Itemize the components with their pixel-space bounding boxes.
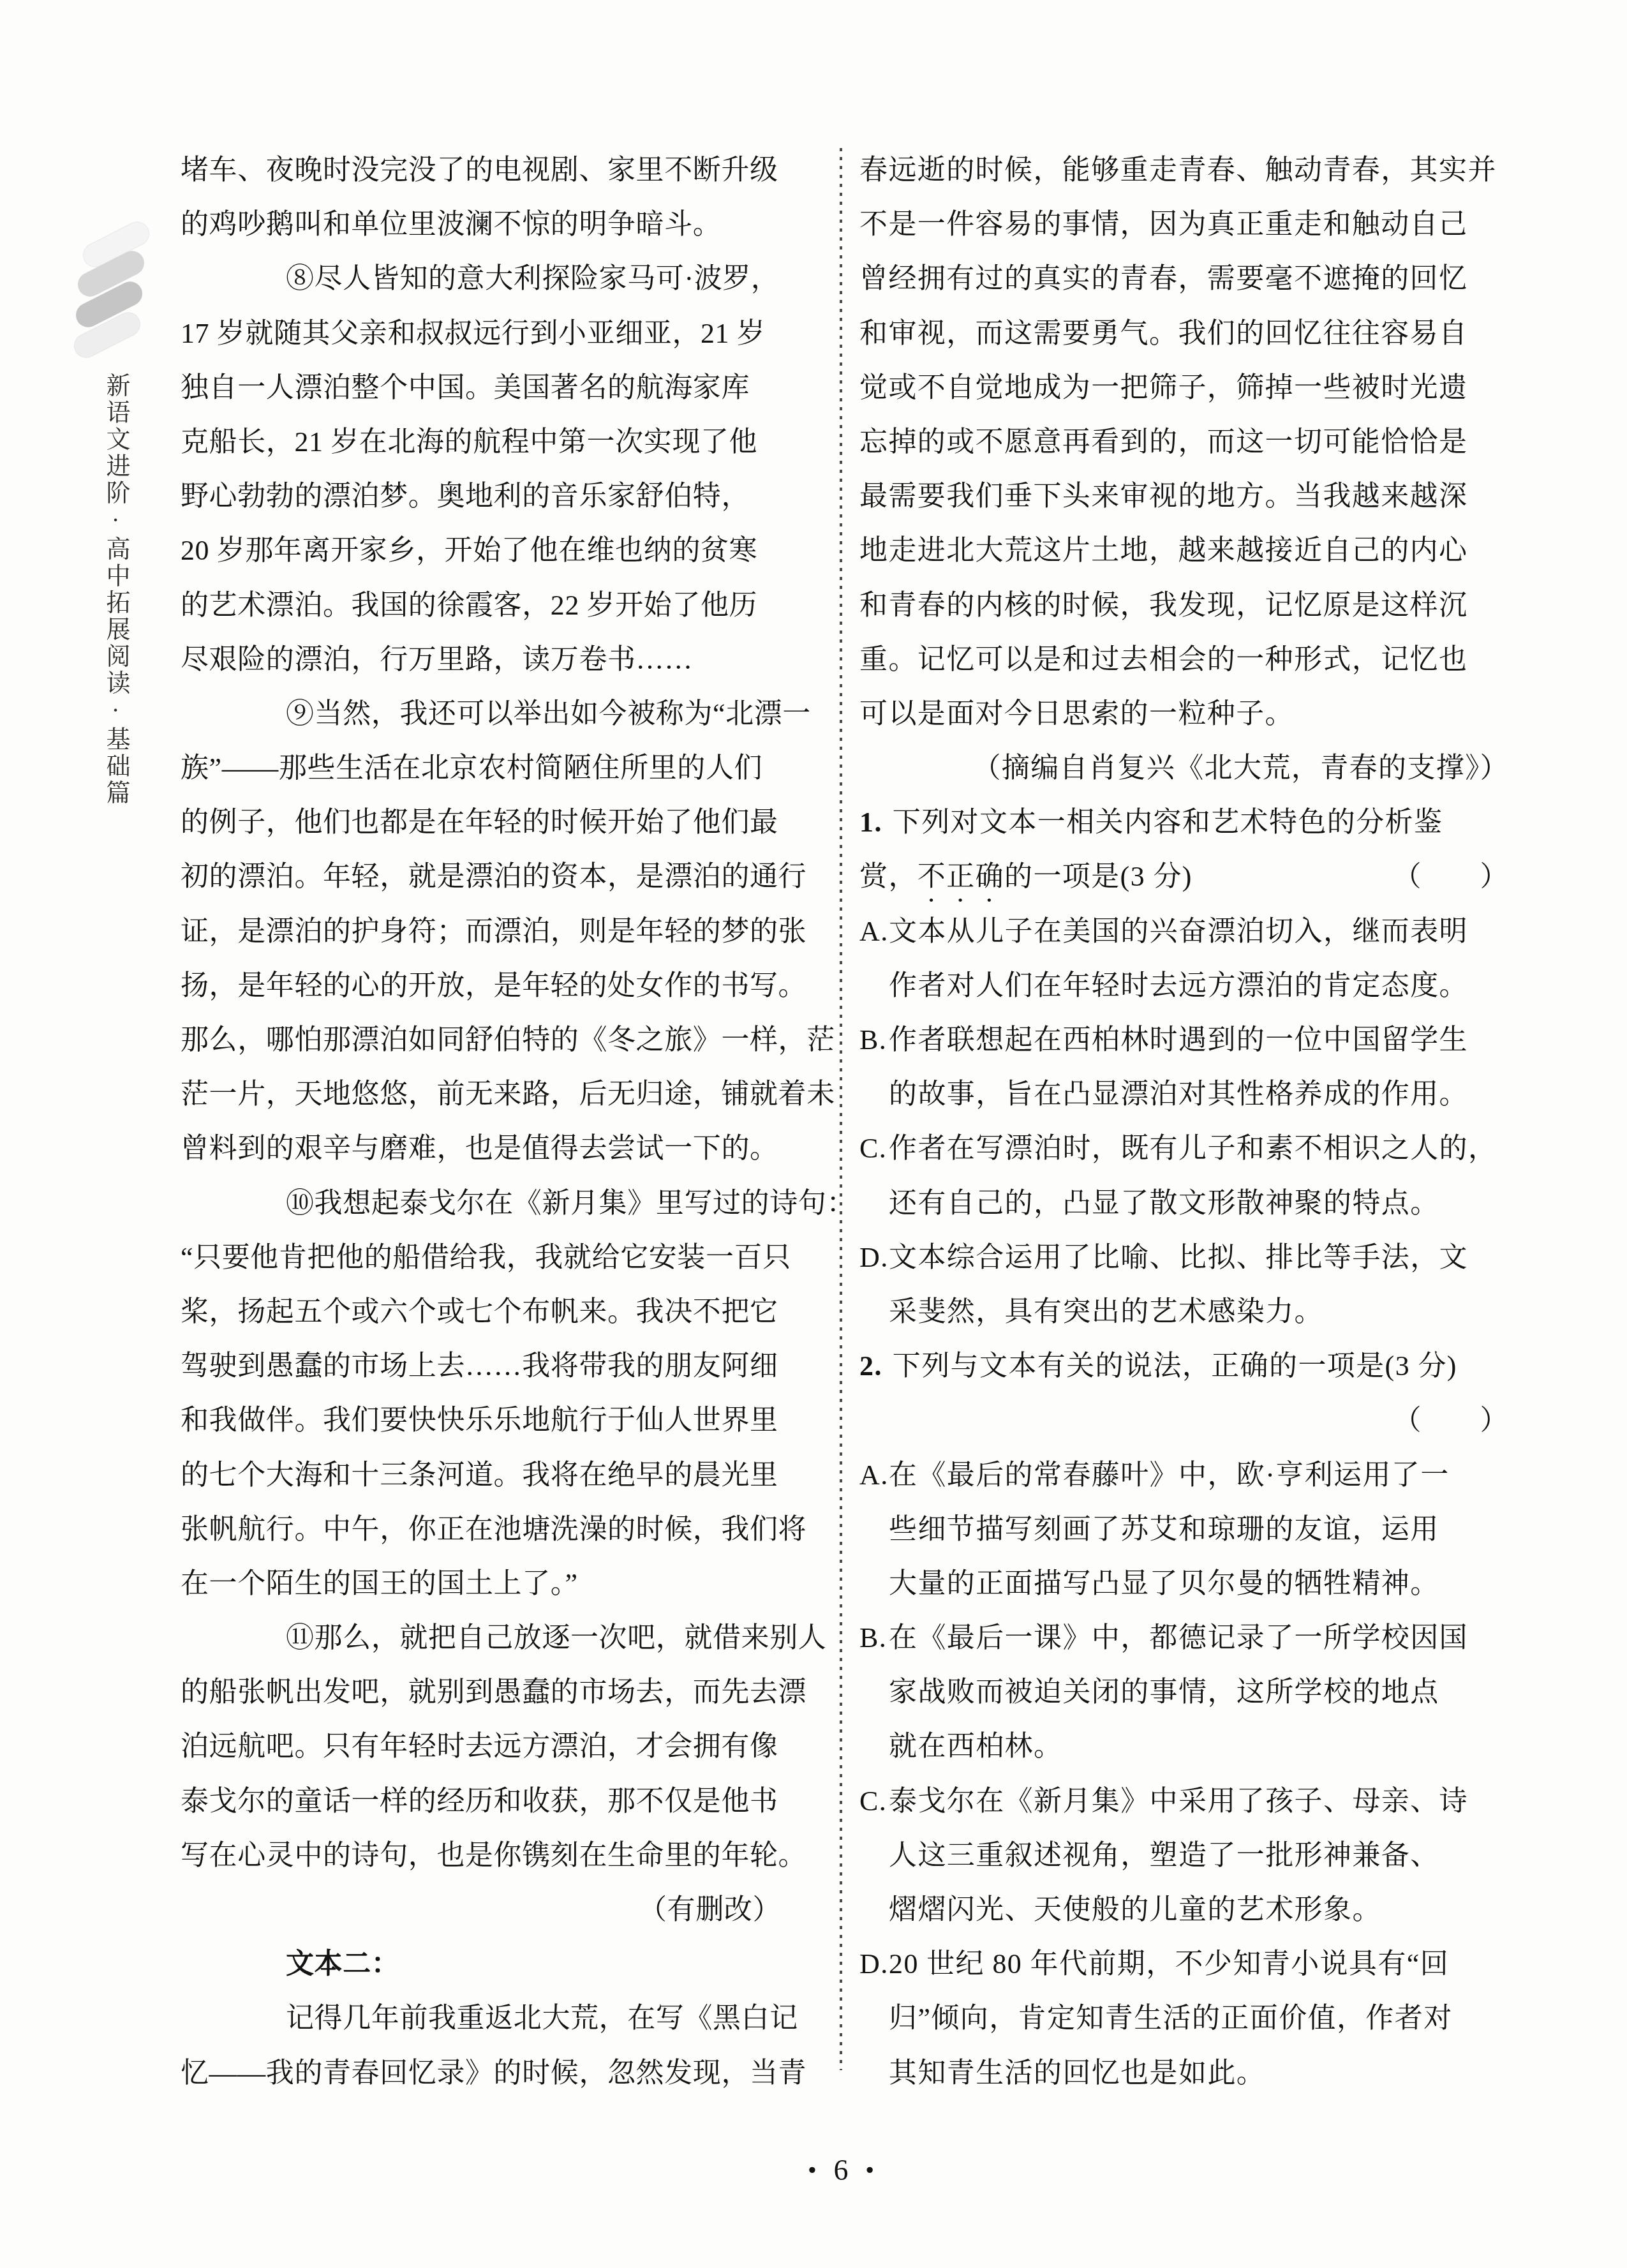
text-line: 和审视，而这需要勇气。我们的回忆往往容易自	[859, 306, 1509, 361]
line-text: 作者在写漂泊时，既有儿子和素不相识之人的，	[889, 1133, 1497, 1164]
option-letter: A.	[859, 904, 889, 959]
option-letter: A.	[859, 1448, 889, 1502]
line-text: 在《最后的常春藤叶》中，欧·亨利运用了一	[889, 1459, 1450, 1491]
line-text: （ ）	[1393, 1405, 1509, 1436]
line-text: 觉或不自觉地成为一把筛子，筛掉一些被时光遗	[859, 372, 1467, 403]
text-line: 家战败而被迫关闭的事情，这所学校的地点	[859, 1665, 1509, 1719]
line-text: 采斐然，具有突出的艺术感染力。	[889, 1296, 1323, 1327]
line-text: ⑧尽人皆知的意大利探险家马可·波罗，	[286, 263, 779, 294]
line-text: 最需要我们垂下头来审视的地方。当我越来越深	[859, 481, 1467, 512]
text-line: 还有自己的，凸显了散文形散神聚的特点。	[859, 1176, 1509, 1230]
line-text: 熠熠闪光、天使般的儿童的艺术形象。	[889, 1894, 1381, 1925]
left-column: 堵车、夜晚时没完没了的电视剧、家里不断升级的鸡吵鹅叫和单位里波澜不惊的明争暗斗。…	[181, 143, 781, 2100]
text-line: 采斐然，具有突出的艺术感染力。	[859, 1285, 1509, 1339]
text-line: A.文本从儿子在美国的兴奋漂泊切入，继而表明	[859, 904, 1509, 959]
line-text: 茫一片，天地悠悠，前无来路，后无归途，铺就着未	[181, 1078, 835, 1110]
line-text: 和青春的内核的时候，我发现，记忆原是这样沉	[859, 590, 1467, 621]
option-letter: C.	[859, 1774, 889, 1828]
line-text: 春远逝的时候，能够重走青春、触动青春，其实并	[859, 154, 1497, 186]
line-text: 20 世纪 80 年代前期，不少知青小说具有“回	[889, 1948, 1449, 1980]
text-line: 写在心灵中的诗句，也是你镌刻在生命里的年轮。	[181, 1828, 781, 1883]
text-line: “只要他肯把他的船借给我，我就给它安装一百只	[181, 1230, 781, 1285]
line-text: 就在西柏林。	[889, 1731, 1062, 1762]
line-text: 文本从儿子在美国的兴奋漂泊切入，继而表明	[889, 916, 1468, 947]
line-text: 忆——我的青春回忆录》的时候，忽然发现，当青	[181, 2057, 806, 2089]
line-text: 在《最后一课》中，都德记录了一所学校因国	[889, 1622, 1468, 1653]
line-text: 驾驶到愚蠢的市场上去……我将带我的朋友阿细	[181, 1350, 778, 1382]
line-text: 尽艰险的漂泊，行万里路，读万卷书……	[181, 644, 693, 675]
line-text: 的船张帆出发吧，就别到愚蠢的市场去，而先去漂	[181, 1676, 806, 1708]
text-line: 大量的正面描写凸显了贝尔曼的牺牲精神。	[859, 1556, 1509, 1611]
line-text: 可以是面对今日思索的一粒种子。	[859, 698, 1294, 729]
line-text: 和审视，而这需要勇气。我们的回忆往往容易自	[859, 318, 1467, 349]
text-line: 曾经拥有过的真实的青春，需要毫不遮掩的回忆	[859, 251, 1509, 306]
line-text: 克船长，21 岁在北海的航程中第一次实现了他	[181, 426, 757, 458]
line-text: （有删改）	[639, 1894, 781, 1925]
text-line: 20 岁那年离开家乡，开始了他在维也纳的贫寒	[181, 523, 781, 578]
text-line: 忘掉的或不愿意再看到的，而这一切可能恰恰是	[859, 415, 1509, 469]
text-line: D.文本综合运用了比喻、比拟、排比等手法，文	[859, 1230, 1509, 1285]
text-line: 熠熠闪光、天使般的儿童的艺术形象。	[859, 1883, 1509, 1937]
text-line: 作者对人们在年轻时去远方漂泊的肯定态度。	[859, 959, 1509, 1013]
text-line: 泊远航吧。只有年轻时去远方漂泊，才会拥有像	[181, 1719, 781, 1773]
text-line: 桨，扬起五个或六个或七个布帆来。我决不把它	[181, 1285, 781, 1339]
emphasized-text: 不正确	[918, 849, 1004, 904]
line-text: 泰戈尔在《新月集》中采用了孩子、母亲、诗	[889, 1786, 1468, 1817]
text-line: 的例子，他们也都是在年轻的时候开始了他们最	[181, 795, 781, 849]
text-line: 驾驶到愚蠢的市场上去……我将带我的朋友阿细	[181, 1339, 781, 1393]
text-line: 归”倾向，肯定知青生活的正面价值，作者对	[859, 1991, 1509, 2045]
text-line: 和青春的内核的时候，我发现，记忆原是这样沉	[859, 578, 1509, 632]
text-line: 在一个陌生的国王的国土上了。”	[181, 1556, 781, 1611]
text-line: 泰戈尔的童话一样的经历和收获，那不仅是他书	[181, 1774, 781, 1828]
line-text: 族”——那些生活在北京农村简陋住所里的人们	[181, 752, 762, 784]
line-text: 大量的正面描写凸显了贝尔曼的牺牲精神。	[889, 1568, 1439, 1599]
text-line: ⑧尽人皆知的意大利探险家马可·波罗，	[181, 251, 781, 306]
text-line: 族”——那些生活在北京农村简陋住所里的人们	[181, 741, 781, 795]
line-text: 文本二：	[286, 1948, 399, 1980]
line-text: 地走进北大荒这片土地，越来越接近自己的内心	[859, 535, 1467, 566]
line-text: （摘编自肖复兴《北大荒，青春的支撑》）	[972, 752, 1509, 784]
text-line: 堵车、夜晚时没完没了的电视剧、家里不断升级	[181, 143, 781, 197]
line-text: 忘掉的或不愿意再看到的，而这一切可能恰恰是	[859, 426, 1467, 458]
text-line: ⑩我想起泰戈尔在《新月集》里写过的诗句：	[181, 1176, 781, 1230]
line-text: 独自一人漂泊整个中国。美国著名的航海家库	[181, 372, 750, 403]
line-text: 写在心灵中的诗句，也是你镌刻在生命里的年轮。	[181, 1840, 806, 1871]
text-line: 17 岁就随其父亲和叔叔远行到小亚细亚，21 岁	[181, 306, 781, 361]
line-text: 曾料到的艰辛与磨难，也是值得去尝试一下的。	[181, 1133, 778, 1164]
line-text: 泊远航吧。只有年轻时去远方漂泊，才会拥有像	[181, 1731, 778, 1762]
line-text: 的例子，他们也都是在年轻的时候开始了他们最	[181, 807, 778, 838]
line-text: 20 岁那年离开家乡，开始了他在维也纳的贫寒	[181, 535, 757, 566]
text-line: 的鸡吵鹅叫和单位里波澜不惊的明争暗斗。	[181, 197, 781, 251]
text-line: 的故事，旨在凸显漂泊对其性格养成的作用。	[859, 1067, 1509, 1121]
line-text: 的鸡吵鹅叫和单位里波澜不惊的明争暗斗。	[181, 209, 721, 240]
line-text: 堵车、夜晚时没完没了的电视剧、家里不断升级	[181, 154, 778, 186]
page-number-dot: ·	[806, 2144, 818, 2195]
text-line: 些细节描写刻画了苏艾和琼珊的友谊，运用	[859, 1502, 1509, 1556]
line-text: 野心勃勃的漂泊梦。奥地利的音乐家舒伯特，	[181, 481, 750, 512]
line-text: 和我做伴。我们要快快乐乐地航行于仙人世界里	[181, 1405, 778, 1436]
text-line: 的船张帆出发吧，就别到愚蠢的市场去，而先去漂	[181, 1665, 781, 1719]
text-line: 那么，哪怕那漂泊如同舒伯特的《冬之旅》一样，茫	[181, 1013, 781, 1067]
text-line: 可以是面对今日思索的一粒种子。	[859, 687, 1509, 741]
text-line: 记得几年前我重返北大荒，在写《黑白记	[181, 1991, 781, 2045]
line-text: 下列与文本有关的说法，正确的一项是(3 分)	[893, 1350, 1457, 1382]
line-text: 张帆航行。中午，你正在池塘洗澡的时候，我们将	[181, 1514, 806, 1545]
text-line: 野心勃勃的漂泊梦。奥地利的音乐家舒伯特，	[181, 469, 781, 523]
question-number: 1.	[859, 807, 893, 838]
text-line: 不是一件容易的事情，因为真正重走和触动自己	[859, 197, 1509, 251]
text-line: 扬，是年轻的心的开放，是年轻的处女作的书写。	[181, 959, 781, 1013]
text-line: 2.下列与文本有关的说法，正确的一项是(3 分)	[859, 1339, 1509, 1393]
text-line: 重。记忆可以是和过去相会的一种形式，记忆也	[859, 632, 1509, 687]
line-text: 其知青生活的回忆也是如此。	[889, 2057, 1265, 2089]
line-text: ⑪那么，就把自己放逐一次吧，就借来别人	[286, 1622, 826, 1653]
text-line: C.泰戈尔在《新月集》中采用了孩子、母亲、诗	[859, 1774, 1509, 1828]
option-letter: D.	[859, 1230, 889, 1285]
line-text: 人这三重叙述视角，塑造了一批形神兼备、	[889, 1840, 1439, 1871]
line-text: 的一项是(3 分)	[1004, 849, 1192, 904]
text-line: （摘编自肖复兴《北大荒，青春的支撑》）	[859, 741, 1509, 795]
line-text: “只要他肯把他的船借给我，我就给它安装一百只	[181, 1242, 791, 1273]
line-text: ⑨当然，我还可以举出如今被称为“北漂一	[286, 698, 811, 729]
line-text: 扬，是年轻的心的开放，是年轻的处女作的书写。	[181, 970, 806, 1001]
text-line: ⑨当然，我还可以举出如今被称为“北漂一	[181, 687, 781, 741]
line-text: 17 岁就随其父亲和叔叔远行到小亚细亚，21 岁	[181, 318, 765, 349]
line-text: 那么，哪怕那漂泊如同舒伯特的《冬之旅》一样，茫	[181, 1024, 835, 1056]
text-line: 曾料到的艰辛与磨难，也是值得去尝试一下的。	[181, 1121, 781, 1175]
line-text: 桨，扬起五个或六个或七个布帆来。我决不把它	[181, 1296, 778, 1327]
text-line: ⑪那么，就把自己放逐一次吧，就借来别人	[181, 1611, 781, 1665]
text-line: 最需要我们垂下头来审视的地方。当我越来越深	[859, 469, 1509, 523]
publisher-logo	[71, 230, 167, 364]
text-line: B.在《最后一课》中，都德记录了一所学校因国	[859, 1611, 1509, 1665]
page-number-dot: ·	[864, 2144, 876, 2195]
text-line: 证，是漂泊的护身符；而漂泊，则是年轻的梦的张	[181, 904, 781, 959]
line-text: 的故事，旨在凸显漂泊对其性格养成的作用。	[889, 1078, 1468, 1110]
text-line: 觉或不自觉地成为一把筛子，筛掉一些被时光遗	[859, 361, 1509, 415]
line-text: 作者联想起在西柏林时遇到的一位中国留学生	[889, 1024, 1468, 1056]
text-line: 的艺术漂泊。我国的徐霞客，22 岁开始了他历	[181, 578, 781, 632]
text-line: 尽艰险的漂泊，行万里路，读万卷书……	[181, 632, 781, 687]
line-text: 证，是漂泊的护身符；而漂泊，则是年轻的梦的张	[181, 916, 806, 947]
right-column: 春远逝的时候，能够重走青春、触动青春，其实并不是一件容易的事情，因为真正重走和触…	[859, 143, 1509, 2100]
text-line: 独自一人漂泊整个中国。美国著名的航海家库	[181, 361, 781, 415]
text-line: 地走进北大荒这片土地，越来越接近自己的内心	[859, 523, 1509, 578]
text-line: 人这三重叙述视角，塑造了一批形神兼备、	[859, 1828, 1509, 1883]
line-text: 重。记忆可以是和过去相会的一种形式，记忆也	[859, 644, 1467, 675]
option-letter: C.	[859, 1121, 889, 1175]
line-text: 文本综合运用了比喻、比拟、排比等手法，文	[889, 1242, 1468, 1273]
line-text: 些细节描写刻画了苏艾和琼珊的友谊，运用	[889, 1514, 1439, 1545]
line-text: 的艺术漂泊。我国的徐霞客，22 岁开始了他历	[181, 590, 757, 621]
text-line: （有删改）	[181, 1883, 781, 1937]
text-line: C.作者在写漂泊时，既有儿子和素不相识之人的，	[859, 1121, 1509, 1175]
line-text: 还有自己的，凸显了散文形散神聚的特点。	[889, 1188, 1439, 1219]
line-text: 归”倾向，肯定知青生活的正面价值，作者对	[889, 2003, 1453, 2034]
column-divider	[840, 148, 842, 2070]
line-text: ⑩我想起泰戈尔在《新月集》里写过的诗句：	[286, 1188, 855, 1219]
text-line: 就在西柏林。	[859, 1719, 1509, 1773]
text-line: 茫一片，天地悠悠，前无来路，后无归途，铺就着未	[181, 1067, 781, 1121]
text-line: 和我做伴。我们要快快乐乐地航行于仙人世界里	[181, 1393, 781, 1447]
line-text: 的七个大海和十三条河道。我将在绝早的晨光里	[181, 1459, 778, 1491]
text-line: A.在《最后的常春藤叶》中，欧·亨利运用了一	[859, 1448, 1509, 1502]
line-text: 泰戈尔的童话一样的经历和收获，那不仅是他书	[181, 1786, 778, 1817]
line-text: 赏，	[859, 849, 918, 904]
text-line: 忆——我的青春回忆录》的时候，忽然发现，当青	[181, 2046, 781, 2100]
line-text: 下列对文本一相关内容和艺术特色的分析鉴	[893, 807, 1443, 838]
line-text: 家战败而被迫关闭的事情，这所学校的地点	[889, 1676, 1439, 1708]
text-line: 初的漂泊。年轻，就是漂泊的资本，是漂泊的通行	[181, 849, 781, 904]
line-text: 作者对人们在年轻时去远方漂泊的肯定态度。	[889, 970, 1468, 1001]
text-line: 文本二：	[181, 1937, 781, 1991]
line-text: 曾经拥有过的真实的青春，需要毫不遮掩的回忆	[859, 263, 1467, 294]
text-line: B.作者联想起在西柏林时遇到的一位中国留学生	[859, 1013, 1509, 1067]
textbook-page: 新语文进阶·高中拓展阅读·基础篇 堵车、夜晚时没完没了的电视剧、家里不断升级的鸡…	[0, 0, 1627, 2268]
text-line: 春远逝的时候，能够重走青春、触动青春，其实并	[859, 143, 1509, 197]
page-number: ·6·	[758, 2144, 924, 2195]
line-text: 初的漂泊。年轻，就是漂泊的资本，是漂泊的通行	[181, 861, 806, 892]
text-line: 1.下列对文本一相关内容和艺术特色的分析鉴	[859, 795, 1509, 849]
option-letter: B.	[859, 1611, 889, 1665]
text-line: 赏，不正确的一项是(3 分)（ ）	[859, 849, 1509, 904]
text-line: （ ）	[859, 1393, 1509, 1447]
text-line: 克船长，21 岁在北海的航程中第一次实现了他	[181, 415, 781, 469]
answer-bracket: （ ）	[1393, 849, 1509, 904]
page-number-value: 6	[834, 2153, 849, 2187]
question-number: 2.	[859, 1350, 893, 1382]
option-letter: B.	[859, 1013, 889, 1067]
text-line: 的七个大海和十三条河道。我将在绝早的晨光里	[181, 1448, 781, 1502]
text-line: 其知青生活的回忆也是如此。	[859, 2046, 1509, 2100]
sidebar-series-title: 新语文进阶·高中拓展阅读·基础篇	[98, 373, 133, 807]
text-line: D.20 世纪 80 年代前期，不少知青小说具有“回	[859, 1937, 1509, 1991]
line-text: 记得几年前我重返北大荒，在写《黑白记	[286, 2003, 798, 2034]
text-line: 张帆航行。中午，你正在池塘洗澡的时候，我们将	[181, 1502, 781, 1556]
line-text: 在一个陌生的国王的国土上了。”	[181, 1568, 578, 1599]
option-letter: D.	[859, 1937, 889, 1991]
line-text: 不是一件容易的事情，因为真正重走和触动自己	[859, 209, 1467, 240]
